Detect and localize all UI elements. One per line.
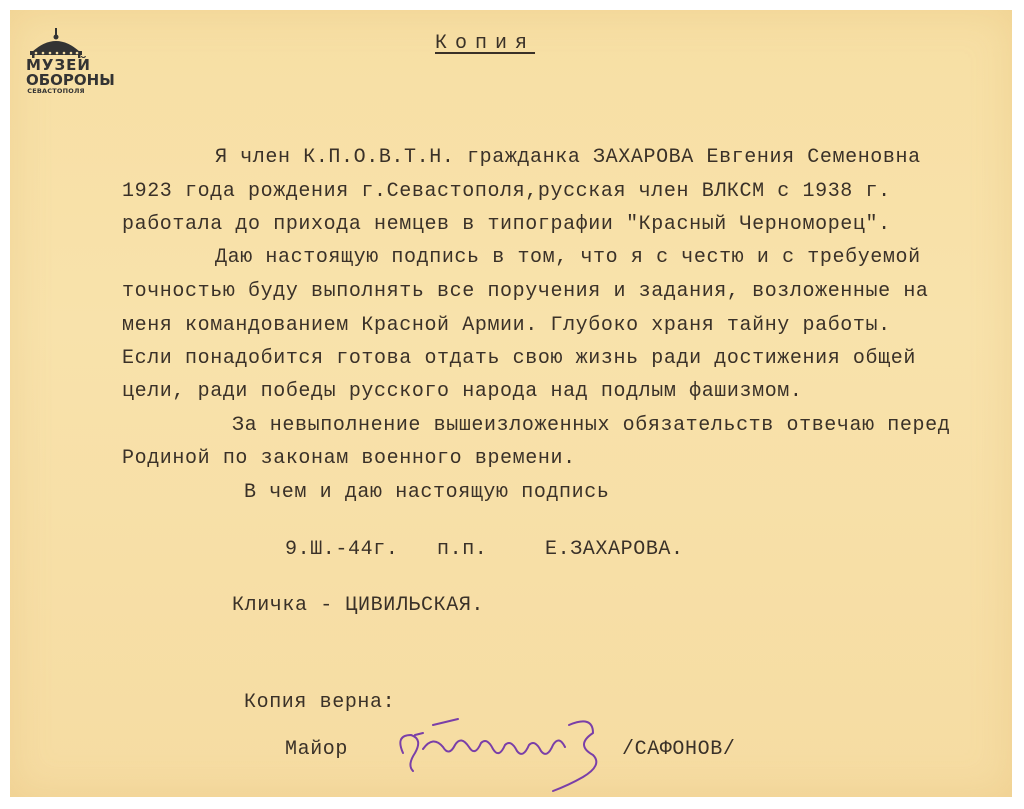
body-line-10: Родиной по законам военного времени.	[122, 449, 576, 469]
body-line-11: В чем и даю настоящую подпись	[244, 483, 609, 503]
logo-line-defense: ОБОРОНЫ	[26, 73, 86, 88]
document-title: Копия	[435, 34, 535, 54]
body-line-6: меня командованием Красной Армии. Глубок…	[122, 316, 891, 336]
logo-line-sevastopol: СЕВАСТОПОЛЯ	[26, 88, 86, 95]
handwritten-signature	[393, 705, 633, 795]
officer-name: /САФОНОВ/	[622, 740, 735, 760]
body-line-3: работала до прихода немцев в типографии …	[122, 215, 891, 235]
body-line-5: точностью буду выполнять все поручения и…	[122, 282, 929, 302]
body-line-9: За невыполнение вышеизложенных обязатель…	[232, 416, 950, 436]
body-line-4: Даю настоящую подпись в том, что я с чес…	[215, 248, 921, 268]
copy-certification: Копия верна:	[244, 693, 395, 713]
agent-nickname: Кличка - ЦИВИЛЬСКАЯ.	[232, 596, 484, 616]
body-line-1: Я член К.П.О.В.Т.Н. гражданка ЗАХАРОВА Е…	[215, 148, 921, 168]
document-page	[10, 10, 1012, 797]
officer-rank: Майор	[285, 740, 348, 760]
signed-abbrev: п.п.	[437, 540, 487, 560]
body-line-8: цели, ради победы русского народа над по…	[122, 382, 803, 402]
body-line-7: Если понадобится готова отдать свою жизн…	[122, 349, 916, 369]
body-line-2: 1923 года рождения г.Севастополя,русская…	[122, 182, 891, 202]
signer-name: Е.ЗАХАРОВА.	[545, 540, 684, 560]
signing-date: 9.Ш.-44г.	[285, 540, 398, 560]
museum-dome-icon	[26, 28, 86, 58]
museum-logo: МУЗЕЙ ОБОРОНЫ СЕВАСТОПОЛЯ	[26, 28, 86, 95]
